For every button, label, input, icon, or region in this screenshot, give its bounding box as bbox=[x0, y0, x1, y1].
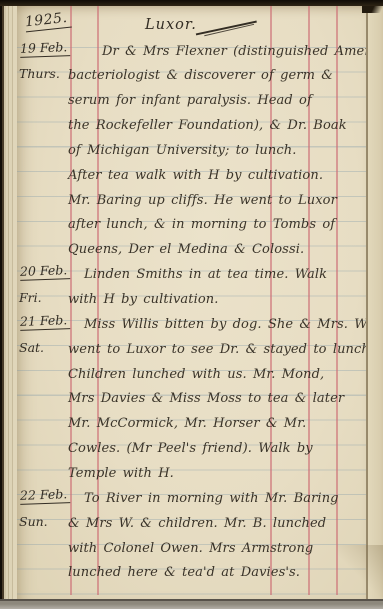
entry-text: bacteriologist & discoverer of germ & bbox=[68, 66, 333, 86]
diary-line: the Rockefeller Foundation), & Dr. Boak bbox=[17, 116, 366, 141]
entry-text: the Rockefeller Foundation), & Dr. Boak bbox=[68, 116, 347, 136]
diary-line: Mr. McCormick, Mr. Horser & Mr. bbox=[17, 414, 366, 439]
entry-text: with H by cultivation. bbox=[68, 290, 218, 310]
book-binding-top bbox=[0, 0, 383, 6]
entry-day: Sun. bbox=[19, 514, 48, 529]
entry-text: Mr. McCormick, Mr. Horser & Mr. bbox=[68, 414, 306, 434]
entry-text: Children lunched with us. Mr. Mond, bbox=[68, 365, 324, 385]
entry-text: lunched here & tea'd at Davies's. bbox=[68, 563, 300, 583]
entry-day: Sat. bbox=[19, 340, 44, 355]
entry-text: Dr & Mrs Flexner (distinguished American bbox=[68, 42, 383, 62]
diary-line: of Michigan University; to lunch. bbox=[17, 141, 366, 166]
entry-date: 21 Feb. bbox=[20, 312, 71, 331]
diary-line: Mr. Baring up cliffs. He went to Luxor bbox=[17, 191, 366, 216]
entry-date: 20 Feb. bbox=[20, 262, 71, 281]
entry-text: To River in morning with Mr. Baring bbox=[68, 489, 339, 509]
entry-date: 22 Feb. bbox=[20, 486, 71, 505]
diary-line: 21 Feb.Miss Willis bitten by dog. She & … bbox=[17, 315, 366, 340]
diary-line: Thurs.bacteriologist & discoverer of ger… bbox=[17, 66, 366, 91]
entry-text: Linden Smiths in at tea time. Walk bbox=[68, 265, 327, 285]
entry-text: of Michigan University; to lunch. bbox=[68, 141, 296, 161]
diary-line: Cowles. (Mr Peel's friend). Walk by bbox=[17, 439, 366, 464]
diary-line: 22 Feb.To River in morning with Mr. Bari… bbox=[17, 489, 366, 514]
entry-date: 19 Feb. bbox=[20, 39, 71, 58]
diary-line: Children lunched with us. Mr. Mond, bbox=[17, 365, 366, 390]
entry-text: serum for infant paralysis. Head of bbox=[68, 91, 312, 111]
diary-photo: 1925. Luxor. 19 Feb.Dr & Mrs Flexner (di… bbox=[0, 0, 383, 609]
entry-text: Mr. Baring up cliffs. He went to Luxor bbox=[68, 191, 337, 211]
page-corner-fold bbox=[337, 545, 383, 601]
diary-line: Sat.went to Luxor to see Dr. & stayed to… bbox=[17, 340, 366, 365]
entry-text: & Mrs W. & children. Mr. B. lunched bbox=[68, 514, 326, 534]
entry-text: Queens, Der el Medina & Colossi. bbox=[68, 240, 304, 260]
entry-text: went to Luxor to see Dr. & stayed to lun… bbox=[68, 340, 374, 360]
entry-text: with Colonel Owen. Mrs Armstrong bbox=[68, 539, 313, 559]
diary-line: with Colonel Owen. Mrs Armstrong bbox=[17, 539, 366, 564]
entry-day: Fri. bbox=[19, 290, 42, 305]
diary-line: 19 Feb.Dr & Mrs Flexner (distinguished A… bbox=[17, 42, 366, 67]
diary-entries: 19 Feb.Dr & Mrs Flexner (distinguished A… bbox=[17, 6, 366, 601]
entry-text: Mrs Davies & Miss Moss to tea & later bbox=[68, 389, 344, 409]
diary-line: serum for infant paralysis. Head of bbox=[17, 91, 366, 116]
diary-line: After tea walk with H by cultivation. bbox=[17, 166, 366, 191]
next-page-edge bbox=[366, 0, 383, 609]
entry-text: Cowles. (Mr Peel's friend). Walk by bbox=[68, 439, 313, 459]
page-bottom-shadow bbox=[0, 599, 383, 609]
entry-day: Thurs. bbox=[19, 66, 60, 81]
diary-page: 1925. Luxor. 19 Feb.Dr & Mrs Flexner (di… bbox=[17, 6, 366, 601]
diary-line: after lunch, & in morning to Tombs of bbox=[17, 215, 366, 240]
diary-line: Mrs Davies & Miss Moss to tea & later bbox=[17, 389, 366, 414]
diary-line: 20 Feb.Linden Smiths in at tea time. Wal… bbox=[17, 265, 366, 290]
entry-text: after lunch, & in morning to Tombs of bbox=[68, 215, 335, 235]
entry-text: Miss Willis bitten by dog. She & Mrs. W bbox=[68, 315, 368, 335]
diary-line: lunched here & tea'd at Davies's. bbox=[17, 563, 366, 588]
book-page-edges-left bbox=[0, 0, 17, 609]
entry-text: After tea walk with H by cultivation. bbox=[68, 166, 323, 186]
diary-line: Sun.& Mrs W. & children. Mr. B. lunched bbox=[17, 514, 366, 539]
entry-text: Temple with H. bbox=[68, 464, 174, 484]
